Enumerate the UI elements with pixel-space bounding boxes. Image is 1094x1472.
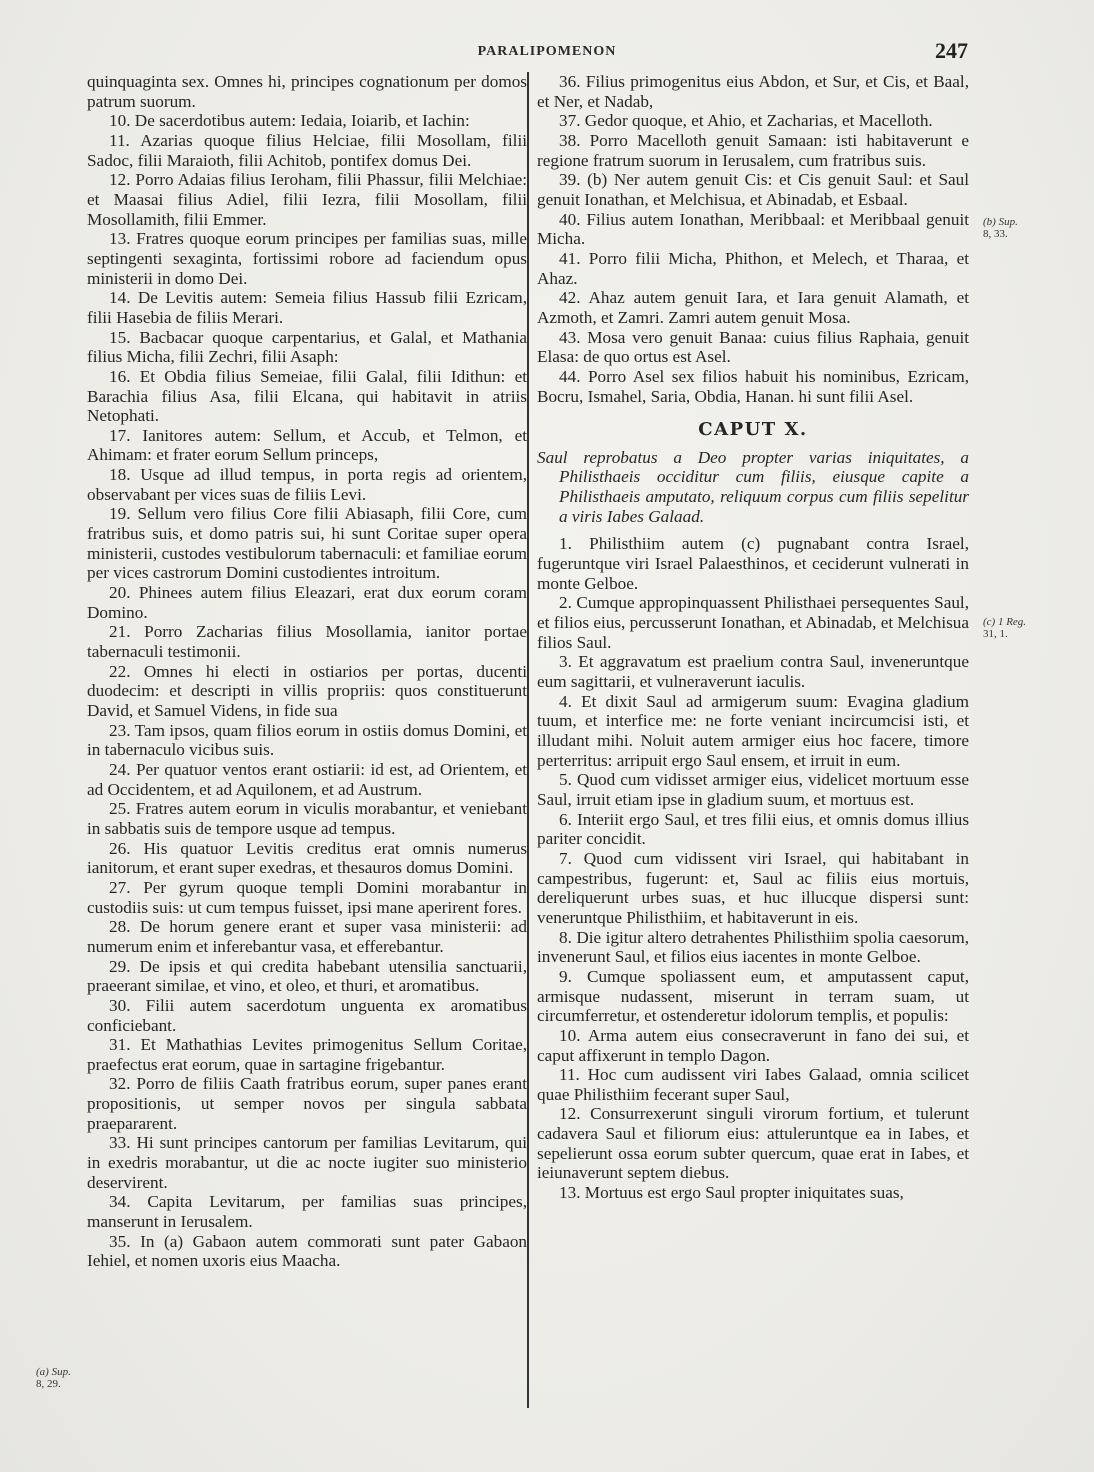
verse: 20. Phinees autem filius Eleazari, erat …	[87, 583, 527, 622]
verse: 24. Per quatuor ventos erant ostiarii: i…	[87, 760, 527, 799]
margin-note-label: (b) Sup.	[983, 216, 1018, 228]
verse-number: 11.	[559, 1065, 580, 1084]
verse-number: 42.	[559, 288, 580, 307]
verse-text: De horum genere erant et super vasa mini…	[87, 917, 527, 956]
verse: 18. Usque ad illud tempus, in porta regi…	[87, 465, 527, 504]
verse-number: 17.	[109, 426, 130, 445]
verse-number: 27.	[109, 878, 130, 897]
verse-text: Azarias quoque filius Helciae, filii Mos…	[87, 131, 527, 170]
verse-text: Per quatuor ventos erant ostiarii: id es…	[87, 760, 527, 799]
verse-text: Mosa vero genuit Banaa: cuius filius Rap…	[537, 328, 969, 367]
verse: 37. Gedor quoque, et Ahio, et Zacharias,…	[537, 111, 969, 131]
verse: 27. Per gyrum quoque templi Domini morab…	[87, 878, 527, 917]
verse-text: De Levitis autem: Semeia filius Hassub f…	[87, 288, 527, 327]
verse-number: 12.	[559, 1104, 580, 1123]
verse-text: Fratres autem eorum in viculis morabantu…	[87, 799, 527, 838]
verse: 14. De Levitis autem: Semeia filius Hass…	[87, 288, 527, 327]
verse-text: Porro filii Micha, Phithon, et Melech, e…	[537, 249, 969, 288]
verse-number: 44.	[559, 367, 580, 386]
verse-text: Per gyrum quoque templi Domini morabantu…	[87, 878, 527, 917]
verse-text: Fratres quoque eorum principes per famil…	[87, 229, 527, 287]
verse: 13. Mortuus est ergo Saul propter iniqui…	[537, 1183, 969, 1203]
verse-number: 19.	[109, 504, 130, 523]
verse: 17. Ianitores autem: Sellum, et Accub, e…	[87, 426, 527, 465]
verse-number: 13.	[109, 229, 130, 248]
verse-text: Sellum vero filius Core filii Abiasaph, …	[87, 504, 527, 582]
chapter-summary: Saul reprobatus a Deo propter varias ini…	[537, 448, 969, 527]
left-verse-list: 10. De sacerdotibus autem: Iedaia, Ioiar…	[87, 111, 527, 1271]
verse-number: 34.	[109, 1192, 130, 1211]
verse-text: Filius primogenitus eius Abdon, et Sur, …	[537, 72, 969, 111]
verse-text: Porro Macelloth genuit Samaan: isti habi…	[537, 131, 969, 170]
verse-text: Usque ad illud tempus, in porta regis ad…	[87, 465, 527, 504]
verse: 23. Tam ipsos, quam filios eorum in osti…	[87, 721, 527, 760]
verse-number: 29.	[109, 957, 130, 976]
verse-text: Filii autem sacerdotum unguenta ex aroma…	[87, 996, 527, 1035]
verse-text: Ahaz autem genuit Iara, et Iara genuit A…	[537, 288, 969, 327]
verse-text: Ianitores autem: Sellum, et Accub, et Te…	[87, 426, 527, 465]
verse: 5. Quod cum vidisset armiger eius, videl…	[537, 770, 969, 809]
verse: 19. Sellum vero filius Core filii Abiasa…	[87, 504, 527, 583]
verse-text: In (a) Gabaon autem commorati sunt pater…	[87, 1232, 527, 1271]
verse-number: 18.	[109, 465, 130, 484]
verse-text: Phinees autem filius Eleazari, erat dux …	[87, 583, 527, 622]
verse-text: De ipsis et qui credita habebant utensil…	[87, 957, 527, 996]
verse-number: 5.	[559, 770, 572, 789]
verse-number: 43.	[559, 328, 580, 347]
verse: 31. Et Mathathias Levites primogenitus S…	[87, 1035, 527, 1074]
verse: 10. De sacerdotibus autem: Iedaia, Ioiar…	[87, 111, 527, 131]
verse-number: 15.	[109, 328, 130, 347]
verse: 38. Porro Macelloth genuit Samaan: isti …	[537, 131, 969, 170]
margin-note-a: (a) Sup. 8, 29.	[36, 1366, 71, 1390]
verse-number: 12.	[109, 170, 130, 189]
margin-note-ref: 8, 33.	[983, 228, 1018, 240]
verse: 34. Capita Levitarum, per familias suas …	[87, 1192, 527, 1231]
margin-note-label: (c) 1 Reg.	[983, 616, 1026, 628]
verse-text: Hi sunt principes cantorum per familias …	[87, 1133, 527, 1191]
verse: 33. Hi sunt principes cantorum per famil…	[87, 1133, 527, 1192]
verse-number: 33.	[109, 1133, 130, 1152]
verse-number: 25.	[109, 799, 130, 818]
verse: 22. Omnes hi electi in ostiarios per por…	[87, 662, 527, 721]
margin-note-ref: 8, 29.	[36, 1378, 71, 1390]
verse: 26. His quatuor Levitis creditus erat om…	[87, 839, 527, 878]
verse-text: Porro Zacharias filius Mosollamia, ianit…	[87, 622, 527, 661]
verse-text: Hoc cum audissent viri Iabes Galaad, omn…	[537, 1065, 969, 1104]
verse-number: 26.	[109, 839, 130, 858]
verse-number: 10.	[559, 1026, 580, 1045]
verse-text: Cumque spoliassent eum, et amputassent c…	[537, 967, 969, 1025]
verse-number: 7.	[559, 849, 572, 868]
verse-text: Porro de filiis Caath fratribus eorum, s…	[87, 1074, 527, 1132]
verse-number: 31.	[109, 1035, 130, 1054]
verse: 40. Filius autem Ionathan, Meribbaal: et…	[537, 210, 969, 249]
verse: 4. Et dixit Saul ad armigerum suum: Evag…	[537, 692, 969, 771]
verse: 15. Bacbacar quoque carpentarius, et Gal…	[87, 328, 527, 367]
verse: 12. Consurrexerunt singuli virorum forti…	[537, 1104, 969, 1183]
verse-number: 39.	[559, 170, 580, 189]
verse-number: 14.	[109, 288, 130, 307]
verse-number: 2.	[559, 593, 572, 612]
verse: 10. Arma autem eius consecraverunt in fa…	[537, 1026, 969, 1065]
verse-text: Gedor quoque, et Ahio, et Zacharias, et …	[585, 111, 933, 130]
verse-number: 6.	[559, 810, 572, 829]
margin-note-c: (c) 1 Reg. 31, 1.	[983, 616, 1026, 640]
verse-text: Mortuus est ergo Saul propter iniquitate…	[585, 1183, 904, 1202]
verse-number: 21.	[109, 622, 130, 641]
verse: 29. De ipsis et qui credita habebant ute…	[87, 957, 527, 996]
verse-number: 3.	[559, 652, 572, 671]
verse-number: 28.	[109, 917, 130, 936]
verse: 3. Et aggravatum est praelium contra Sau…	[537, 652, 969, 691]
verse-number: 32.	[109, 1074, 130, 1093]
verse-text: His quatuor Levitis creditus erat omnis …	[87, 839, 527, 878]
verse-number: 37.	[559, 111, 580, 130]
verse-text: Consurrexerunt singuli virorum fortium, …	[537, 1104, 969, 1182]
right-verse-list-after: 1. Philisthiim autem (c) pugnabant contr…	[537, 534, 969, 1202]
page-number: 247	[928, 38, 968, 64]
verse: 13. Fratres quoque eorum principes per f…	[87, 229, 527, 288]
verse-number: 10.	[109, 111, 130, 130]
verse-number: 9.	[559, 967, 572, 986]
margin-note-ref: 31, 1.	[983, 628, 1026, 640]
verse-text: Et aggravatum est praelium contra Saul, …	[537, 652, 969, 691]
verse: 9. Cumque spoliassent eum, et amputassen…	[537, 967, 969, 1026]
verse: 11. Azarias quoque filius Helciae, filii…	[87, 131, 527, 170]
verse-number: 13.	[559, 1183, 580, 1202]
column-divider	[527, 72, 529, 1408]
verse: 11. Hoc cum audissent viri Iabes Galaad,…	[537, 1065, 969, 1104]
verse-text: (b) Ner autem genuit Cis: et Cis genuit …	[537, 170, 969, 209]
verse-text: Quod cum vidisset armiger eius, videlice…	[537, 770, 969, 809]
verse-number: 30.	[109, 996, 130, 1015]
verse: 16. Et Obdia filius Semeiae, filii Galal…	[87, 367, 527, 426]
verse: 42. Ahaz autem genuit Iara, et Iara genu…	[537, 288, 969, 327]
verse: 41. Porro filii Micha, Phithon, et Melec…	[537, 249, 969, 288]
verse-number: 36.	[559, 72, 580, 91]
verse-text: Porro Asel sex filios habuit his nominib…	[537, 367, 969, 406]
verse-text: Omnes hi electi in ostiarios per portas,…	[87, 662, 527, 720]
verse: 2. Cumque appropinquassent Philisthaei p…	[537, 593, 969, 652]
verse-text: Tam ipsos, quam filios eorum in ostiis d…	[87, 721, 527, 760]
verse-text: Quod cum vidissent viri Israel, qui habi…	[537, 849, 969, 927]
verse-number: 16.	[109, 367, 130, 386]
margin-note-label: (a) Sup.	[36, 1366, 71, 1378]
verse: 30. Filii autem sacerdotum unguenta ex a…	[87, 996, 527, 1035]
verse: 1. Philisthiim autem (c) pugnabant contr…	[537, 534, 969, 593]
verse-number: 8.	[559, 928, 572, 947]
verse-text: Arma autem eius consecraverunt in fano d…	[537, 1026, 969, 1065]
verse: 6. Interiit ergo Saul, et tres filii eiu…	[537, 810, 969, 849]
book-page: PARALIPOMENON 247 quinquaginta sex. Omne…	[0, 0, 1094, 1472]
verse-text: Filius autem Ionathan, Meribbaal: et Mer…	[537, 210, 969, 249]
opening-text: quinquaginta sex. Omnes hi, principes co…	[87, 72, 527, 111]
verse-number: 38.	[559, 131, 580, 150]
verse: 25. Fratres autem eorum in viculis morab…	[87, 799, 527, 838]
verse-number: 20.	[109, 583, 130, 602]
right-verse-list-before: 36. Filius primogenitus eius Abdon, et S…	[537, 72, 969, 406]
verse-text: Et Mathathias Levites primogenitus Sellu…	[87, 1035, 527, 1074]
verse-number: 22.	[109, 662, 130, 681]
verse: 44. Porro Asel sex filios habuit his nom…	[537, 367, 969, 406]
verse-number: 41.	[559, 249, 580, 268]
verse-text: Philisthiim autem (c) pugnabant contra I…	[537, 534, 969, 592]
verse: 12. Porro Adaias filius Ieroham, filii P…	[87, 170, 527, 229]
verse: 39. (b) Ner autem genuit Cis: et Cis gen…	[537, 170, 969, 209]
verse-text: Cumque appropinquassent Philisthaei pers…	[537, 593, 969, 651]
verse-text: Et Obdia filius Semeiae, filii Galal, fi…	[87, 367, 527, 425]
verse: 43. Mosa vero genuit Banaa: cuius filius…	[537, 328, 969, 367]
verse: 35. In (a) Gabaon autem commorati sunt p…	[87, 1232, 527, 1271]
verse-number: 24.	[109, 760, 130, 779]
verse: 28. De horum genere erant et super vasa …	[87, 917, 527, 956]
verse-text: Et dixit Saul ad armigerum suum: Evagina…	[537, 692, 969, 770]
verse: 21. Porro Zacharias filius Mosollamia, i…	[87, 622, 527, 661]
verse-number: 23.	[109, 721, 130, 740]
verse-text: Porro Adaias filius Ieroham, filii Phass…	[87, 170, 527, 228]
right-column: 36. Filius primogenitus eius Abdon, et S…	[537, 72, 969, 1203]
verse-number: 35.	[109, 1232, 130, 1251]
verse-text: Die igitur altero detrahentes Philisthii…	[537, 928, 969, 967]
verse-text: Interiit ergo Saul, et tres filii eius, …	[537, 810, 969, 849]
verse-number: 4.	[559, 692, 572, 711]
verse-number: 1.	[559, 534, 572, 553]
verse: 36. Filius primogenitus eius Abdon, et S…	[537, 72, 969, 111]
verse-number: 11.	[109, 131, 130, 150]
verse: 8. Die igitur altero detrahentes Philist…	[537, 928, 969, 967]
margin-note-b: (b) Sup. 8, 33.	[983, 216, 1018, 240]
verse: 32. Porro de filiis Caath fratribus eoru…	[87, 1074, 527, 1133]
left-column: quinquaginta sex. Omnes hi, principes co…	[87, 72, 527, 1271]
verse-number: 40.	[559, 210, 580, 229]
verse-text: Capita Levitarum, per familias suas prin…	[87, 1192, 527, 1231]
verse-text: De sacerdotibus autem: Iedaia, Ioiarib, …	[135, 111, 470, 130]
verse-text: Bacbacar quoque carpentarius, et Galal, …	[87, 328, 527, 367]
verse: 7. Quod cum vidissent viri Israel, qui h…	[537, 849, 969, 928]
chapter-heading: CAPUT X.	[537, 420, 969, 440]
